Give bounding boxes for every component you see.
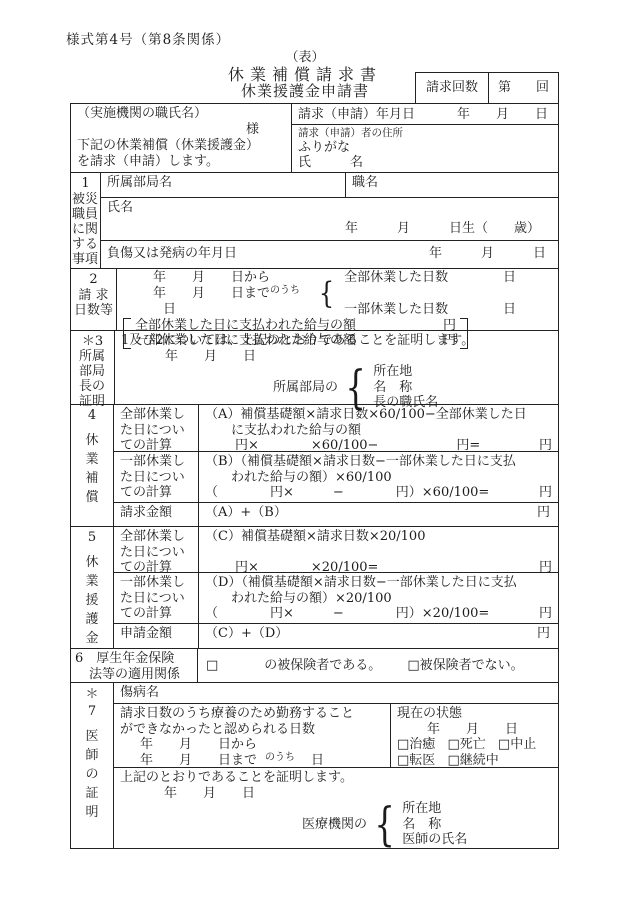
discontinued-checkbox[interactable]: □ <box>490 737 510 752</box>
partial-leave-days-row: 一部休業した日数 日 <box>344 302 516 318</box>
claim-amount-unit: 円 <box>537 505 550 524</box>
addressee-statement-2: を請求（申請）します。 <box>77 154 285 170</box>
full-leave-days-unit: 日 <box>503 270 516 286</box>
calc-a-sublabel: 全部休業した日についての計算 <box>114 405 199 451</box>
org-block: 所属部局の { 所在地 名 称 長の職氏名 <box>273 364 552 411</box>
org-item-location: 所在地 <box>373 364 438 380</box>
absence-nouchi: のうち <box>257 752 295 763</box>
section-2: 2 請 求 日数等 年 月 日から 年 月 日までのうち日 { 全部休 <box>71 269 558 331</box>
injury-date-label: 負傷又は発病の年月日 <box>107 246 237 268</box>
cure-checkbox[interactable]: □ <box>397 737 409 752</box>
section-7-asterisk: ＊ <box>71 686 113 703</box>
current-status-date: 年 月 日 <box>397 722 552 738</box>
day-counts: 全部休業した日数 日 一部休業した日数 日 <box>336 270 554 318</box>
section-1: 1 被災職員に関する事項 所属部局名 職名 氏名 年 月 日生（ 歳） 負傷又は… <box>71 173 558 269</box>
calc-c-sublabel: 全部休業した日についての計算 <box>114 527 199 572</box>
addressee-sama: 様 <box>77 122 285 138</box>
section-4: 4 休業補償 全部休業した日についての計算 （A）補償基礎額×請求日数×60/1… <box>71 405 558 527</box>
certify-statement: 1及び2については、上記のとおりであることを証明します。 <box>121 333 552 349</box>
continuing-checkbox[interactable]: □ <box>439 753 459 768</box>
calc-d-formula[interactable]: （D）（補償基礎額×請求日数−一部休業した日に支払 われた給与の額）×20/10… <box>199 573 558 623</box>
section-3-content[interactable]: 1及び2については、上記のとおりであることを証明します。 年 月 日 所属部局の… <box>115 331 558 404</box>
status-checkbox-row-2: □転医 □継続中 <box>397 753 552 769</box>
org-items: 所在地 名 称 長の職氏名 <box>373 364 438 411</box>
discontinued-label: 中止 <box>510 737 536 752</box>
current-status-label: 現在の状態 <box>397 706 552 722</box>
claim-count-suffix: 回 <box>536 80 549 96</box>
addressee-cell: （実施機関の職氏名） 様 下記の休業補償（休業援護金） を請求（申請）します。 <box>71 104 292 172</box>
claim-count-prefix: 第 <box>498 80 511 96</box>
section-5-header: 5 休業援護金 <box>71 527 114 648</box>
formula-line: に支払われた給与の額 <box>205 423 552 439</box>
absence-line-1: 請求日数のうち療養のため勤務すること <box>120 706 384 722</box>
form-table: （実施機関の職氏名） 様 下記の休業補償（休業援護金） を請求（申請）します。 … <box>70 103 559 849</box>
formula-blanks: （ 円× − 円）×20/100= <box>205 606 489 622</box>
claim-count-box: 請求回数 第 回 <box>415 72 559 103</box>
doctor-certify-date: 年 月 日 <box>120 786 552 802</box>
claim-amount-formula: （A）+（B） <box>205 505 287 524</box>
calc-c-row: 全部休業した日についての計算 （C）補償基礎額×請求日数×20/100 円× ×… <box>114 527 558 573</box>
application-amount-unit: 円 <box>537 626 550 646</box>
claimant-cell: 請求（申請）年月日 年 月 日 請求（申請）者の住所 ふりがな 氏 名 <box>292 104 558 172</box>
employee-name-row[interactable]: 氏名 年 月 日生（ 歳） <box>101 198 558 241</box>
formula-line: （C）補償基礎額×請求日数×20/100 <box>205 529 552 545</box>
not-insured-text: 被保険者でない。 <box>420 658 524 674</box>
section-2-header: 2 請 求 日数等 <box>71 269 117 330</box>
section-7-header: ＊ 7 医師の証明 <box>71 683 114 848</box>
section-1-content: 所属部局名 職名 氏名 年 月 日生（ 歳） 負傷又は発病の年月日 年 月 日 <box>101 173 558 268</box>
absence-days-cell[interactable]: 請求日数のうち療養のため勤務すること ができなかったと認められる日数 年 月 日… <box>114 704 391 767</box>
employee-name-label: 氏名 <box>107 200 552 216</box>
org-curly-brace: { <box>345 364 365 410</box>
medical-org-location: 所在地 <box>402 801 467 817</box>
formula-line: （ 円× − 円）×60/100= 円 <box>205 485 552 501</box>
disease-name-field[interactable]: 傷病名 <box>114 683 558 704</box>
formula-line: われた給与の額）×20/100 <box>205 591 552 607</box>
absence-day: 日 <box>295 753 324 768</box>
dept-name-field[interactable]: 所属部局名 <box>101 173 346 197</box>
claimant-furigana-label: ふりがな <box>298 140 552 155</box>
calc-b-sublabel: 一部休業した日についての計算 <box>114 452 199 502</box>
absence-line-2: ができなかったと認められる日数 <box>120 722 384 738</box>
claim-count-label: 請求回数 <box>416 73 489 103</box>
section-7-number: 7 <box>71 703 113 720</box>
section-3: ＊3 所属部局長の証明 1及び2については、上記のとおりであることを証明します。… <box>71 331 558 405</box>
calc-c-formula[interactable]: （C）補償基礎額×請求日数×20/100 円× ×20/100= 円 <box>199 527 558 572</box>
medical-org-items: 所在地 名 称 医師の氏名 <box>402 801 467 848</box>
section-7-label: 医師の証明 <box>85 727 99 822</box>
cure-label: 治癒 <box>409 737 435 752</box>
calc-a-row: 全部休業した日についての計算 （A）補償基礎額×請求日数×60/100−全部休業… <box>114 405 558 452</box>
section-5-number: 5 <box>71 530 113 546</box>
claim-date-blanks: 年 月 日 <box>457 107 548 124</box>
post-name-field[interactable]: 職名 <box>346 173 558 197</box>
formula-line: （B）（補償基礎額×請求日数−一部休業した日に支払 <box>205 454 552 470</box>
org-prefix: 所属部局の <box>273 380 338 396</box>
claim-count-value[interactable]: 第 回 <box>489 73 558 103</box>
section-3-header: ＊3 所属部局長の証明 <box>71 331 115 404</box>
transfer-checkbox[interactable]: □ <box>397 753 409 768</box>
section-5-content: 全部休業した日についての計算 （C）補償基礎額×請求日数×20/100 円× ×… <box>114 527 558 648</box>
partial-leave-days-label: 一部休業した日数 <box>344 302 448 318</box>
absence-to-line: 年 月 日までのうち日 <box>120 753 384 770</box>
period-to-line: 年 月 日までのうち日 <box>121 286 317 318</box>
formula-line: （D）（補償基礎額×請求日数−一部休業した日に支払 <box>205 575 552 591</box>
absence-status-row: 請求日数のうち療養のため勤務すること ができなかったと認められる日数 年 月 日… <box>114 704 558 768</box>
doctor-certify-cell[interactable]: 上記のとおりであることを証明します。 年 月 日 医療機関の { 所在地 名 称… <box>114 768 558 850</box>
claim-period-block: 年 月 日から 年 月 日までのうち日 { 全部休業した日数 日 一部休業した日… <box>121 270 554 318</box>
transfer-label: 転医 <box>409 753 435 768</box>
claim-amount-row: 請求金額 （A）+（B） 円 <box>114 503 558 526</box>
calc-d-row: 一部休業した日についての計算 （D）（補償基礎額×請求日数−一部休業した日に支払… <box>114 573 558 624</box>
period-dates: 年 月 日から 年 月 日までのうち日 <box>121 270 317 318</box>
full-leave-days-label: 全部休業した日数 <box>344 270 448 286</box>
section-2-label-2: 日数等 <box>71 303 116 319</box>
section-7-content: 傷病名 請求日数のうち療養のため勤務すること ができなかったと認められる日数 年… <box>114 683 558 848</box>
continuing-label: 継続中 <box>460 753 499 768</box>
section-3-number: ＊3 <box>71 334 114 349</box>
medical-org-prefix: 医療機関の <box>302 817 367 833</box>
formula-line: （A）補償基礎額×請求日数×60/100−全部休業した日 <box>205 407 552 423</box>
formula-unit: 円 <box>539 606 552 622</box>
org-item-name: 名 称 <box>373 380 438 396</box>
period-nouchi: のうち <box>270 285 300 296</box>
injury-date-row[interactable]: 負傷又は発病の年月日 年 月 日 <box>101 241 558 268</box>
formula-blanks: （ 円× − 円）×60/100= <box>205 485 489 501</box>
claimant-name-label: 氏 名 <box>298 155 552 170</box>
addressee-statement-1: 下記の休業補償（休業援護金） <box>77 138 285 154</box>
section-6: 6 厚生年金保険 法等の適用関係 □ の被保険者である。 □ 被保険者でない。 <box>71 649 558 683</box>
application-amount-formula: （C）+（D） <box>205 626 288 646</box>
dept-post-row: 所属部局名 職名 <box>101 173 558 198</box>
birth-date-blanks: 年 月 日生（ 歳） <box>107 221 552 237</box>
injury-date-blanks: 年 月 日 <box>429 246 546 268</box>
section-6-content: □ の被保険者である。 □ 被保険者でない。 <box>198 649 558 682</box>
section-7: ＊ 7 医師の証明 傷病名 請求日数のうち療養のため勤務すること ができなかった… <box>71 683 558 848</box>
claim-amount-label: 請求金額 <box>114 503 199 526</box>
absence-to: 年 月 日まで <box>140 753 257 768</box>
claim-amount-value[interactable]: （A）+（B） 円 <box>199 503 558 526</box>
death-label: 死亡 <box>460 737 486 752</box>
formula-unit: 円 <box>539 485 552 501</box>
status-checkbox-row-1: □治癒 □死亡 □中止 <box>397 737 552 753</box>
form-page: 様式第4号（第8条関係） （表） 休業補償請求書 休業援護金申請書 請求回数 第… <box>0 0 630 903</box>
section-3-label: 所属部局長の証明 <box>79 349 106 409</box>
formula-line: （ 円× − 円）×20/100= 円 <box>205 606 552 622</box>
death-checkbox[interactable]: □ <box>439 737 459 752</box>
form-number: 様式第4号（第8条関係） <box>66 32 230 48</box>
side-label: （表） <box>70 50 540 66</box>
period-from: 年 月 日から <box>121 270 317 286</box>
section-1-number: 1 <box>71 176 100 192</box>
doctor-name: 医師の氏名 <box>402 832 467 848</box>
section-2-content[interactable]: 年 月 日から 年 月 日までのうち日 { 全部休業した日数 日 一部休業した日… <box>117 269 558 330</box>
period-to: 年 月 日まで <box>153 286 270 301</box>
section-4-label: 休業補償 <box>85 431 99 507</box>
section-6-label-1: 6 厚生年金保険 <box>75 651 193 667</box>
section-5: 5 休業援護金 全部休業した日についての計算 （C）補償基礎額×請求日数×20/… <box>71 527 558 649</box>
medical-org-block: 医療機関の { 所在地 名 称 医師の氏名 <box>302 801 552 848</box>
application-amount-label: 申請金額 <box>114 624 199 648</box>
claim-date-row[interactable]: 請求（申請）年月日 年 月 日 <box>292 104 558 125</box>
absence-from: 年 月 日から <box>120 737 384 753</box>
section-5-label: 休業援護金 <box>85 553 99 648</box>
row-addressee: （実施機関の職氏名） 様 下記の休業補償（休業援護金） を請求（申請）します。 … <box>71 104 558 173</box>
section-6-label-2: 法等の適用関係 <box>75 667 193 683</box>
current-status-cell: 現在の状態 年 月 日 □治癒 □死亡 □中止 □転医 □継続中 <box>391 704 558 767</box>
left-curly-brace: { <box>319 279 334 309</box>
not-insured-checkbox[interactable]: □ <box>407 658 419 674</box>
claimant-identity-cell[interactable]: 請求（申請）者の住所 ふりがな 氏 名 <box>292 125 558 172</box>
partial-leave-days-unit: 日 <box>503 302 516 318</box>
medical-org-curly-brace: { <box>374 801 394 847</box>
application-amount-row: 申請金額 （C）+（D） 円 <box>114 624 558 648</box>
section-4-content: 全部休業した日についての計算 （A）補償基礎額×請求日数×60/100−全部休業… <box>114 405 558 526</box>
medical-org-name: 名 称 <box>402 817 467 833</box>
full-leave-days-row: 全部休業した日数 日 <box>344 270 516 286</box>
calc-d-sublabel: 一部休業した日についての計算 <box>114 573 199 623</box>
addressee-org-label: （実施機関の職氏名） <box>77 106 285 122</box>
insured-checkbox[interactable]: □ <box>206 658 218 674</box>
section-1-header: 1 被災職員に関する事項 <box>71 173 101 268</box>
claim-date-label: 請求（申請）年月日 <box>298 107 415 124</box>
insured-text: の被保険者である。 <box>264 658 381 674</box>
section-6-header: 6 厚生年金保険 法等の適用関係 <box>71 649 198 682</box>
calc-b-formula[interactable]: （B）（補償基礎額×請求日数−一部休業した日に支払 われた給与の額）×60/10… <box>199 452 558 502</box>
period-day: 日 <box>153 302 176 317</box>
calc-b-row: 一部休業した日についての計算 （B）（補償基礎額×請求日数−一部休業した日に支払… <box>114 452 558 503</box>
section-2-number: 2 <box>71 272 116 288</box>
section-2-label-1: 請 求 <box>71 288 116 304</box>
application-amount-value[interactable]: （C）+（D） 円 <box>199 624 558 648</box>
certify-date-blanks: 年 月 日 <box>121 349 552 365</box>
section-4-header: 4 休業補償 <box>71 405 114 526</box>
doctor-certify-line: 上記のとおりであることを証明します。 <box>120 770 552 786</box>
formula-line <box>205 545 552 560</box>
calc-a-formula[interactable]: （A）補償基礎額×請求日数×60/100−全部休業した日 に支払われた給与の額 … <box>199 405 558 451</box>
formula-line: われた給与の額）×60/100 <box>205 470 552 486</box>
section-1-label: 被災職員に関する事項 <box>72 192 99 267</box>
section-4-number: 4 <box>71 408 113 424</box>
claimant-address-label: 請求（申請）者の住所 <box>298 127 552 140</box>
